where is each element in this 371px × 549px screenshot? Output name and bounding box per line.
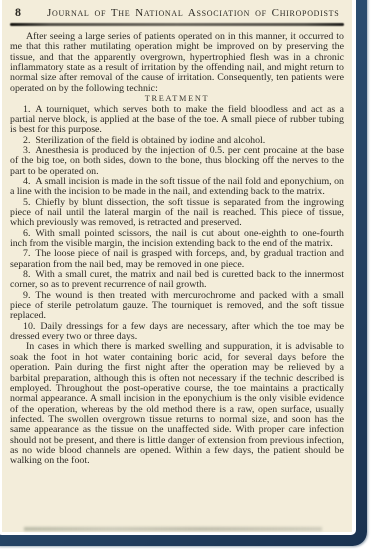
step-number: 1. <box>23 104 30 115</box>
step-number: 5. <box>23 197 30 208</box>
page-body: After seeing a large series of patients … <box>10 32 344 467</box>
treatment-step-5: 5.Chiefly by blunt dissection, the soft … <box>10 198 344 229</box>
step-text: A tourniquet, which serves both to make … <box>10 104 344 136</box>
treatment-step-1: 1.A tourniquet, which serves both to mak… <box>10 105 344 136</box>
step-text: With a small curet, the matrix and nail … <box>10 269 344 290</box>
step-number: 8. <box>23 269 30 280</box>
step-number: 10. <box>23 321 35 332</box>
step-text: Anesthesia is produced by the injection … <box>10 145 344 177</box>
treatment-step-6: 6.With small pointed scissors, the nail … <box>10 229 344 250</box>
step-number: 4. <box>23 176 30 187</box>
step-number: 2. <box>23 135 30 146</box>
closing-paragraph: In cases in which there is marked swelli… <box>10 342 344 466</box>
step-text: Chiefly by blunt dissection, the soft ti… <box>10 197 344 229</box>
step-text: With small pointed scissors, the nail is… <box>10 228 344 249</box>
step-text: A small incision is made in the soft tis… <box>10 176 344 197</box>
treatment-step-4: 4.A small incision is made in the soft t… <box>10 177 344 198</box>
step-number: 6. <box>23 228 30 239</box>
step-text: The loose piece of nail is grasped with … <box>10 248 344 269</box>
treatment-step-3: 3.Anesthesia is produced by the injectio… <box>10 146 344 177</box>
step-number: 3. <box>23 145 30 156</box>
intro-paragraph: After seeing a large series of patients … <box>10 32 344 94</box>
treatment-step-9: 9.The wound is then treated with mercuro… <box>10 291 344 322</box>
treatment-step-8: 8.With a small curet, the matrix and nai… <box>10 270 344 291</box>
page-header: 8 Journal of The National Association of… <box>10 5 344 20</box>
treatment-step-7: 7.The loose piece of nail is grasped wit… <box>10 249 344 270</box>
journal-title: Journal of The National Association of C… <box>47 7 339 19</box>
step-text: Daily dressings for a few days are neces… <box>10 321 344 342</box>
page-number: 8 <box>10 5 47 20</box>
step-text: The wound is then treated with mercuroch… <box>10 290 344 322</box>
step-number: 7. <box>23 248 30 259</box>
step-number: 9. <box>23 290 30 301</box>
treatment-step-10: 10.Daily dressings for a few days are ne… <box>10 322 344 343</box>
header-rule <box>10 23 344 26</box>
step-text: Sterilization of the field is obtained b… <box>35 135 265 146</box>
scanned-journal-page: 8 Journal of The National Association of… <box>2 0 352 532</box>
cutoff-text-smudge <box>24 527 322 531</box>
